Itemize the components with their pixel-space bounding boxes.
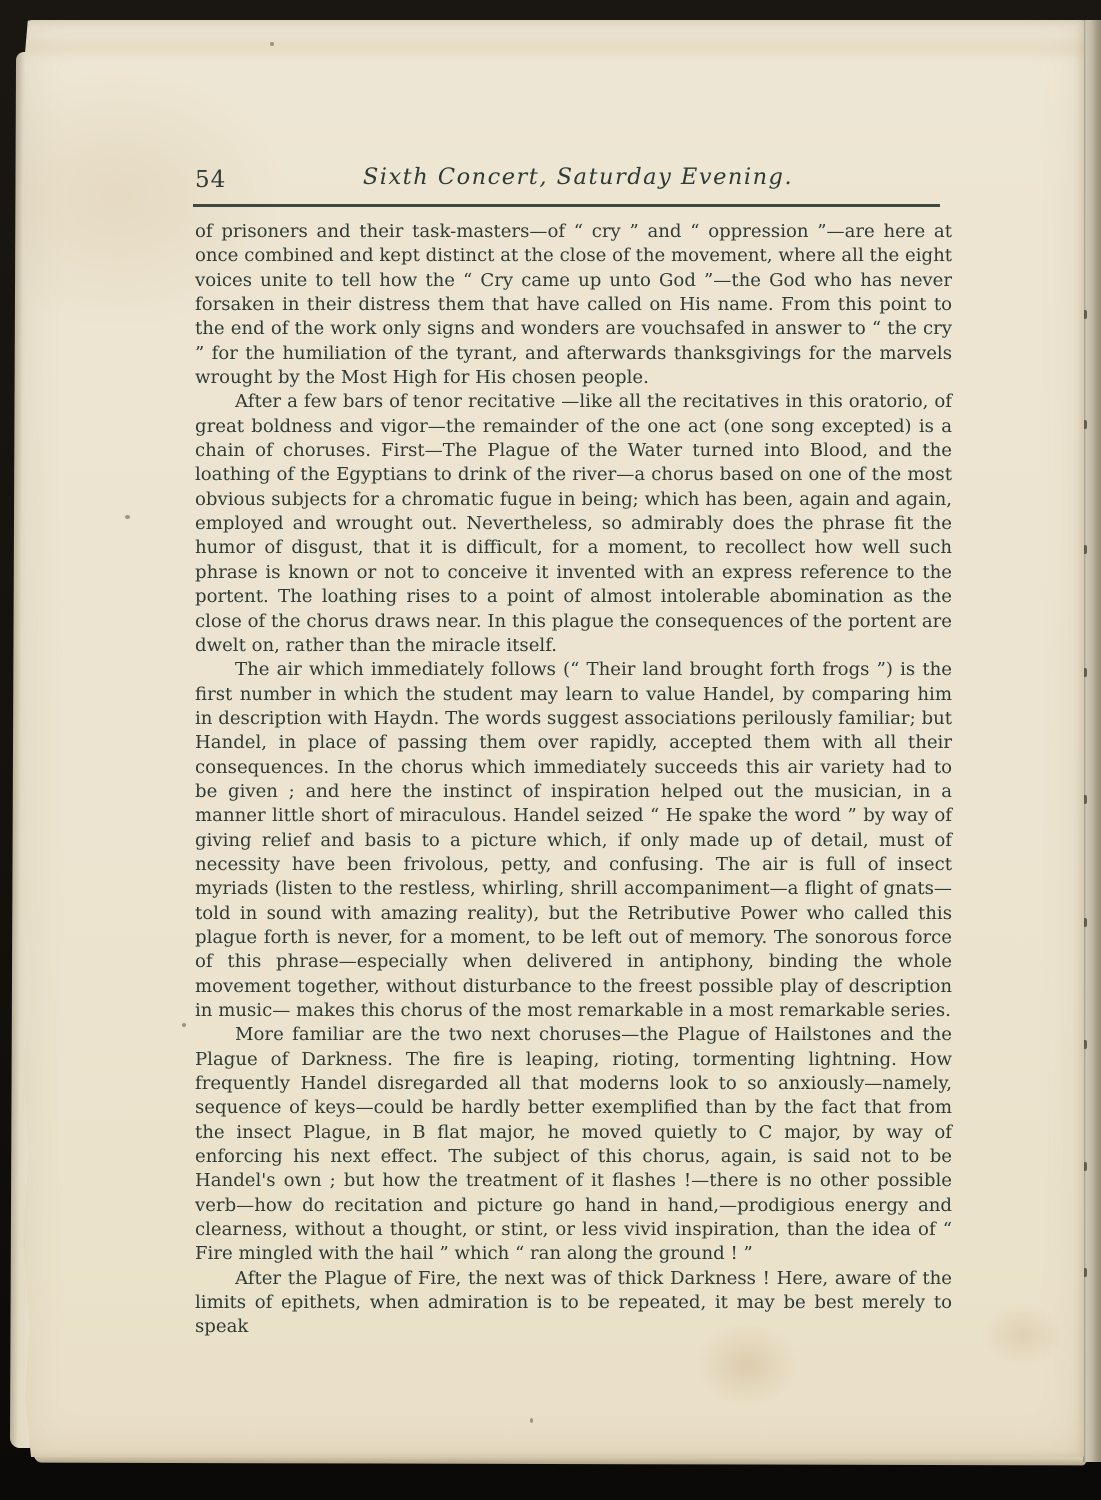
scanned-book-page: 54 Sixth Concert, Saturday Evening. of p… [0, 0, 1101, 1500]
paragraph: More familiar are the two next choruses—… [195, 1023, 952, 1266]
page-header: 54 Sixth Concert, Saturday Evening. [195, 164, 951, 198]
paper-speck [125, 515, 130, 519]
paragraph: After the Plague of Fire, the next was o… [195, 1267, 952, 1340]
paragraph: of prisoners and their task-masters—of “… [195, 220, 952, 390]
page-number: 54 [195, 167, 226, 193]
paper-speck [530, 1418, 533, 1423]
paper-speck [182, 1023, 186, 1027]
paper-speck [270, 42, 274, 46]
running-header-title: Sixth Concert, Saturday Evening. [195, 164, 951, 190]
book-page: 54 Sixth Concert, Saturday Evening. of p… [22, 20, 1084, 1457]
paragraph: After a few bars of tenor recitative —li… [195, 390, 952, 658]
header-rule [193, 204, 940, 207]
page-body-text: of prisoners and their task-masters—of “… [195, 220, 952, 1340]
binding-edge-strip [1083, 20, 1101, 1462]
paragraph: The air which immediately follows (“ The… [195, 658, 952, 1023]
paper-stain-streak [22, 36, 1084, 62]
